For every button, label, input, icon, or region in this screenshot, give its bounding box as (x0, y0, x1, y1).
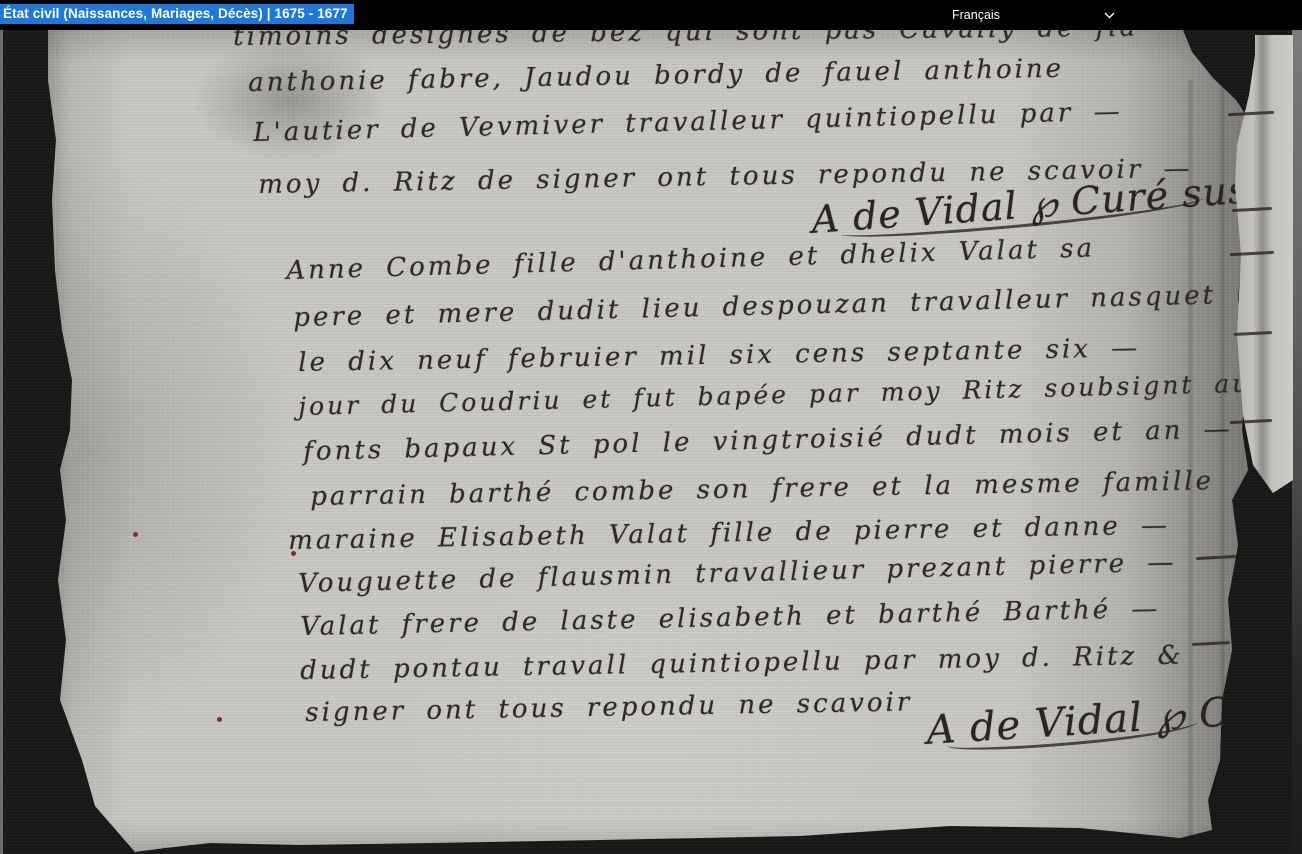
top-bar: État civil (Naissances, Mariages, Décès)… (0, 0, 1302, 30)
language-select-value: Français (952, 8, 1000, 22)
manuscript-line: pere et mere dudit lieu despouzan traval… (293, 280, 1216, 333)
red-dot-mark (217, 717, 222, 722)
manuscript-line: L'autier de Vevmiver travalleur quintiop… (253, 97, 1123, 148)
manuscript-line: anthonie fabre, Jaudou bordy de fauel an… (248, 54, 1064, 98)
archive-viewer-window: timoins designés de bez qui sont pas Cav… (0, 0, 1302, 854)
manuscript-line: Vouguette de flausmin travallieur prezan… (298, 548, 1177, 599)
manuscript-line: Valat frere de laste elisabeth et barthé… (300, 594, 1161, 642)
manuscript-page: timoins designés de bez qui sont pas Cav… (35, 30, 1250, 854)
manuscript-line: dudt pontau travall quintiopellu par moy… (300, 641, 1184, 686)
manuscript-line: Anne Combe fille d'anthoine et dhelix Va… (286, 233, 1095, 286)
manuscript-line: jour du Coudriu et fut bapée par moy Rit… (298, 368, 1269, 421)
scan-left-border (0, 30, 3, 854)
manuscript-line: fonts bapaux St pol le vingtroisié dudt … (303, 414, 1233, 467)
red-dot-mark (133, 532, 138, 537)
chevron-down-icon (1104, 12, 1115, 19)
priest-signature: A de Vidal ℘ Cu (925, 688, 1259, 754)
register-title[interactable]: État civil (Naissances, Mariages, Décès)… (0, 4, 354, 24)
manuscript-line: le dix neuf februier mil six cens septan… (298, 333, 1140, 378)
red-dot-mark (291, 551, 296, 556)
scan-right-border (1292, 30, 1302, 854)
language-select[interactable]: Français (952, 0, 1115, 30)
document-viewer[interactable]: timoins designés de bez qui sont pas Cav… (0, 30, 1302, 854)
manuscript-line: signer ont tous repondu ne scavoir (305, 687, 913, 728)
manuscript-line: maraine Elisabeth Valat fille de pierre … (288, 511, 1170, 556)
manuscript-line: parrain barthé combe son frere et la mes… (310, 466, 1214, 512)
torn-page-strip (1235, 35, 1295, 505)
